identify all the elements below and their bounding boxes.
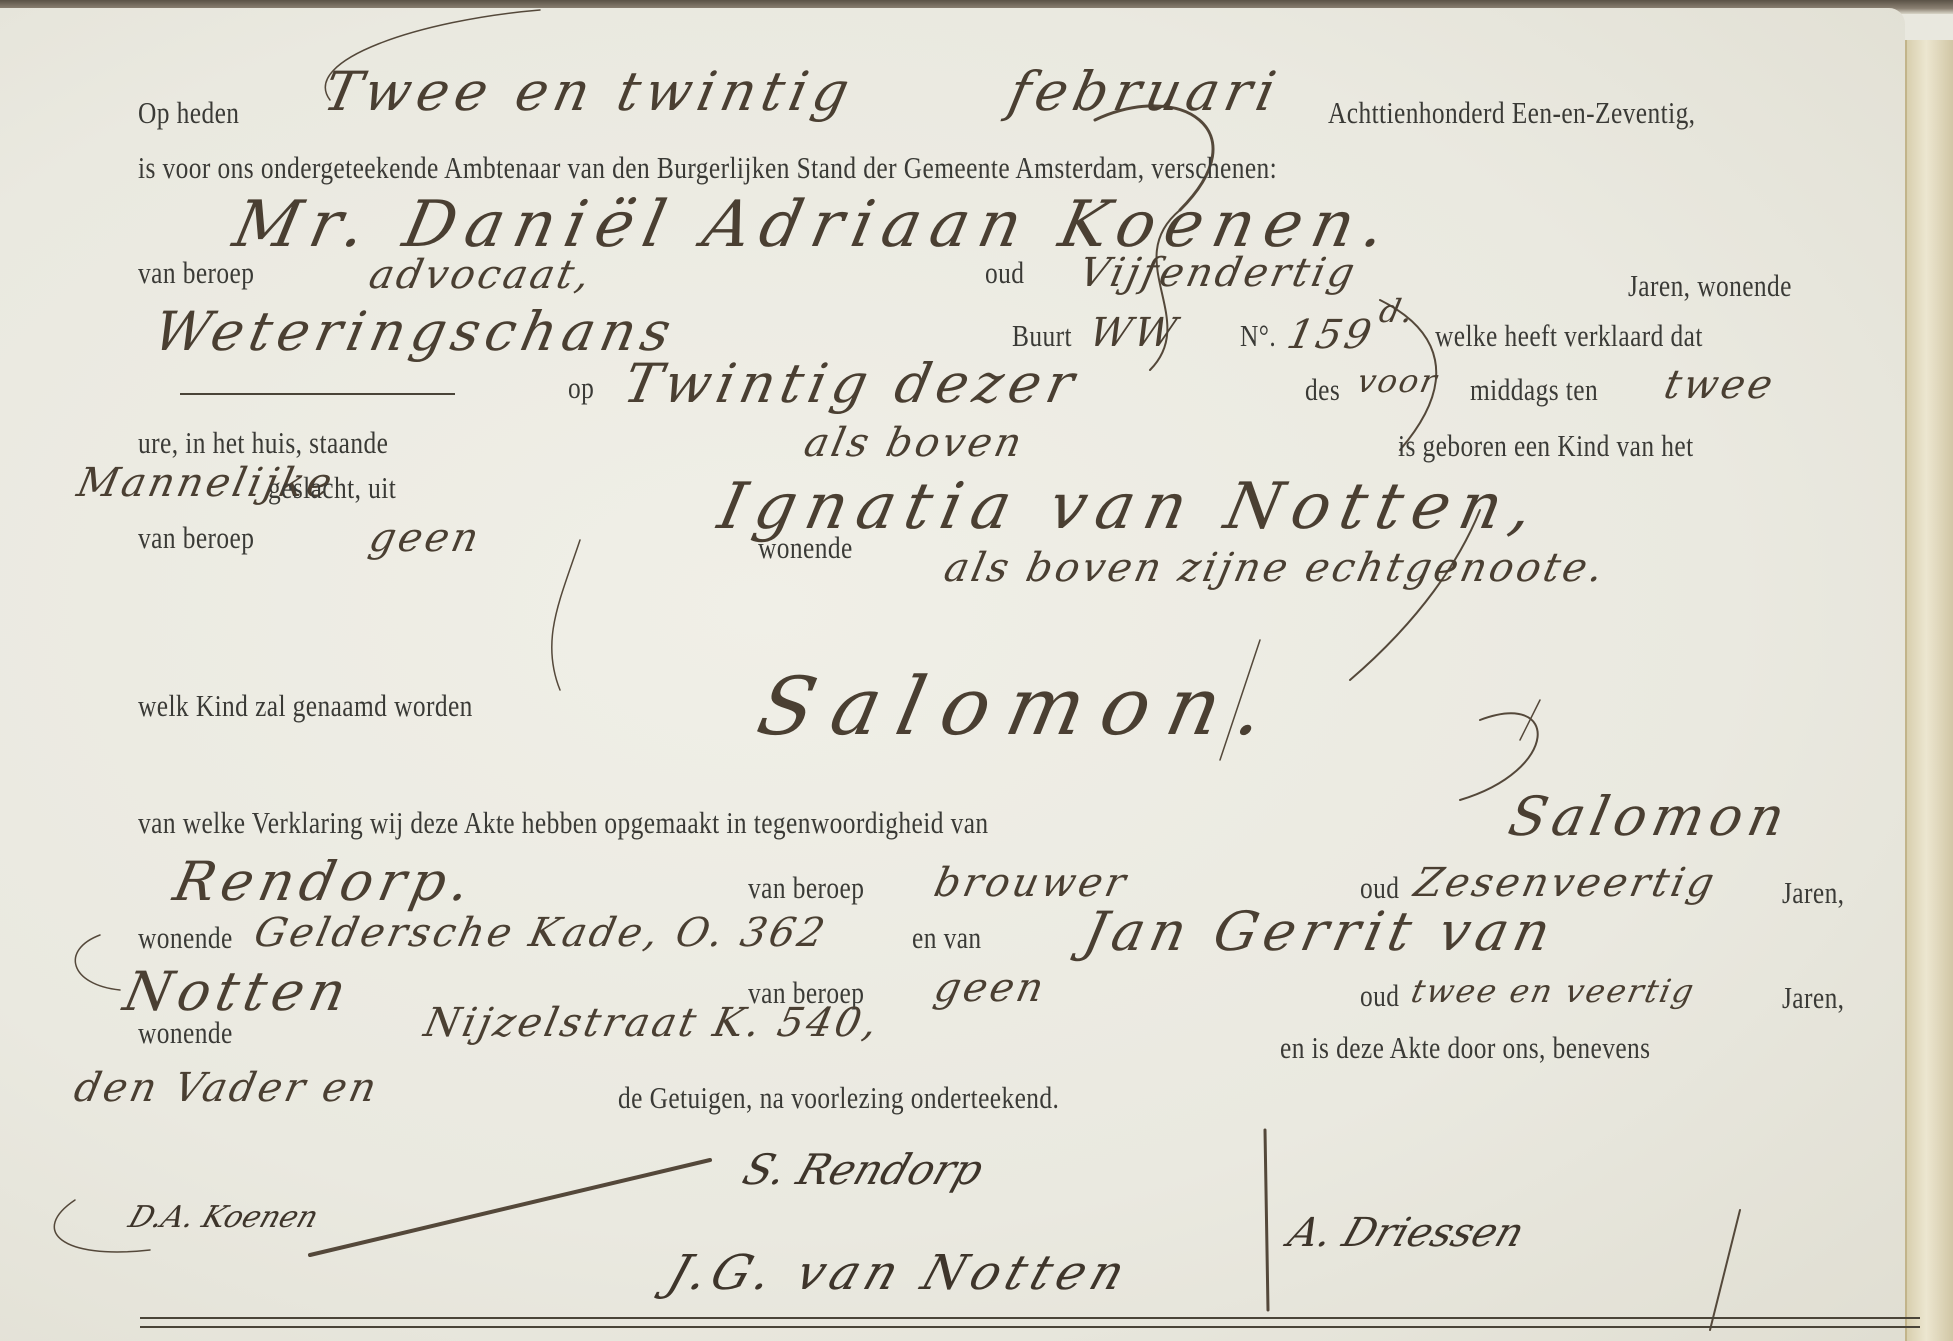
printed-jaren-wonende: Jaren, wonende (1628, 268, 1792, 304)
blank-rule (180, 393, 455, 395)
printed-verklaring: van welke Verklaring wij deze Akte hebbe… (138, 805, 989, 841)
printed-jaren-w1: Jaren, (1782, 875, 1844, 911)
printed-wonende-mother: wonende (758, 530, 853, 566)
printed-en-van: en van (912, 920, 982, 956)
printed-op-heden: Op heden (138, 95, 239, 131)
printed-verklaard: welke heeft verklaard dat (1435, 318, 1703, 354)
printed-van-beroep-w1: van beroep (748, 870, 864, 906)
handwritten-birth-day: Twintig dezer (618, 352, 1085, 415)
signature-witness2: J.G. van Notten (661, 1245, 1138, 1301)
page-stack-edge (1905, 40, 1953, 1341)
printed-wonende-w2: wonende (138, 1015, 233, 1051)
printed-wonende-w1: wonende (138, 920, 233, 956)
printed-year: Achttienhonderd Een-en-Zeventig, (1328, 95, 1695, 131)
handwritten-mother-occupation: geen (365, 515, 485, 561)
printed-geslacht: geslacht, uit (268, 470, 396, 506)
handwritten-date-day: Twee en twintig (318, 60, 860, 123)
handwritten-declarant-age: Vijfendertig (1075, 250, 1361, 296)
handwritten-time-of-day: voor (1354, 362, 1442, 400)
printed-genaamd: welk Kind zal genaamd worden (138, 688, 473, 724)
bottom-rule-2 (140, 1326, 1920, 1328)
handwritten-declarant-street: Weteringschans (148, 300, 682, 363)
printed-akte-door-ons: en is deze Akte door ons, benevens (1280, 1030, 1650, 1066)
bottom-rule-1 (140, 1317, 1920, 1319)
signature-declarant: D.A. Koenen (124, 1200, 322, 1235)
handwritten-mother-residence: als boven zijne echtgenoote. (940, 545, 1610, 591)
handwritten-birth-hour: twee (1660, 362, 1779, 408)
handwritten-witness2-occupation: geen (930, 965, 1050, 1011)
handwritten-witness1-address: Geldersche Kade, O. 362 (250, 910, 831, 956)
handwritten-buurt-letter: WW (1085, 310, 1183, 356)
handwritten-date-month: februari (1003, 60, 1287, 123)
handwritten-house-number: 159 (1283, 312, 1378, 358)
printed-oud: oud (985, 255, 1024, 291)
printed-oud-w2: oud (1360, 978, 1399, 1014)
printed-des: des (1305, 372, 1340, 408)
printed-ambtenaar-line: is voor ons ondergeteekende Ambtenaar va… (138, 150, 1277, 186)
signature-official: A. Driessen (1283, 1210, 1530, 1256)
printed-middags: middags ten (1470, 372, 1598, 408)
printed-geboren: is geboren een Kind van het (1398, 428, 1694, 464)
handwritten-declarant-occupation: advocaat, (365, 252, 597, 298)
printed-buurt: Buurt (1012, 318, 1072, 354)
handwritten-birth-location: als boven (800, 420, 1028, 466)
printed-jaren-w2: Jaren, (1782, 980, 1844, 1016)
handwritten-witness1-last: Rendorp. (168, 850, 481, 913)
handwritten-father-clause: den Vader en (70, 1065, 383, 1111)
printed-ure-huis: ure, in het huis, staande (138, 425, 388, 461)
printed-number-label: N°. (1240, 318, 1276, 354)
printed-van-beroep: van beroep (138, 255, 254, 291)
signature-witness1: S. Rendorp (737, 1145, 990, 1194)
handwritten-witness1-first: Salomon (1503, 785, 1796, 848)
handwritten-witness2-address: Nijzelstraat K. 540, (420, 1000, 884, 1046)
printed-op: op (568, 370, 594, 406)
printed-van-beroep-mother: van beroep (138, 520, 254, 556)
handwritten-witness2-name: Jan Gerrit van (1078, 900, 1562, 963)
handwritten-child-name: Salomon. (750, 660, 1291, 753)
handwritten-witness2-surname: Notten (118, 960, 357, 1023)
handwritten-witness2-age: twee en veertig (1408, 972, 1699, 1010)
printed-getuigen: de Getuigen, na voorlezing onderteekend. (618, 1080, 1059, 1116)
